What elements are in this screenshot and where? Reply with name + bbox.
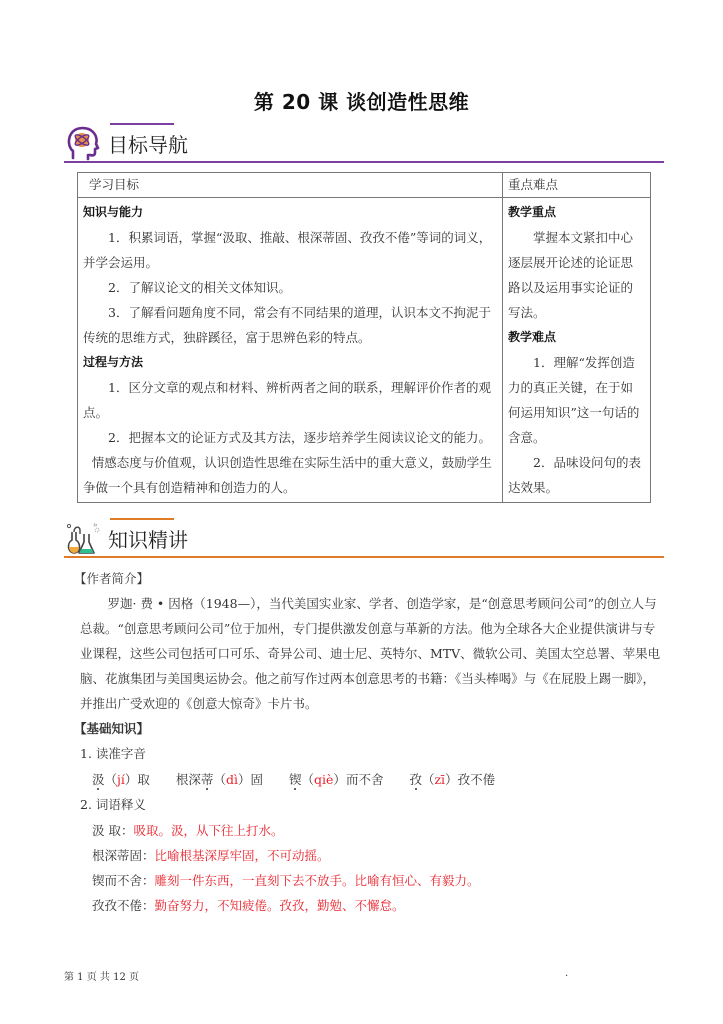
definition-meaning: 雕刻一件东西，一直刻下去不放手。比喻有恒心、有毅力。 — [155, 873, 480, 888]
page-title: 第 20 课 谈创造性思维 — [0, 86, 723, 115]
section-top-rule — [110, 123, 174, 125]
definitions-heading-text: 2. 词语释义 — [80, 797, 146, 812]
definition-meaning: 吸取。汲，从下往上打水。 — [133, 823, 283, 838]
goal-item: 2．把握本文的论证方式及其方法，逐步培养学生阅读议论文的能力。 — [83, 425, 497, 450]
pinyin: zī — [434, 772, 445, 787]
author-intro: 罗迦· 费 • 因格（1948—），当代美国实业家、学者、创造学家，是“创意思考… — [80, 591, 664, 716]
section-header-knowledge: 知识精讲 — [64, 516, 664, 558]
goal-item: 1．积累词语，掌握“汲取、推敲、根深蒂固、孜孜不倦”等词的词义，并学会运用。 — [83, 225, 497, 275]
target-char: 汲 — [92, 772, 105, 787]
table-body-row: 知识与能力 1．积累词语，掌握“汲取、推敲、根深蒂固、孜孜不倦”等词的词义，并学… — [78, 198, 651, 503]
goal-item: 1．区分文章的观点和材料、辨析两者之间的联系，理解评价作者的观点。 — [83, 375, 497, 425]
header-key-points: 重点难点 — [503, 173, 651, 198]
key-difficult-cell: 教学重点 掌握本文紧扣中心逐层展开论述的论证思路以及运用事实论证的写法。 教学难… — [503, 198, 651, 503]
text-after: 取 — [137, 772, 150, 787]
pronunciation-heading: 1. 读准字音 — [80, 741, 665, 766]
author-text: 罗迦· 费 • 因格（1948—），当代美国实业家、学者、创造学家，是“创意思考… — [80, 591, 664, 716]
process-method-heading: 过程与方法 — [83, 350, 497, 375]
pinyin: jí — [117, 772, 125, 787]
table-header-row: 学习目标 重点难点 — [78, 173, 651, 198]
key-points-heading: 教学重点 — [508, 200, 645, 225]
difficult-item: 1．理解“发挥创造力的真正关键，在于如何运用知识”这一句话的含意。 — [508, 350, 645, 450]
learning-goals-cell: 知识与能力 1．积累词语，掌握“汲取、推敲、根深蒂固、孜孜不倦”等词的词义，并学… — [78, 198, 503, 503]
definition-item: 锲而不舍：雕刻一件东西，一直刻下去不放手。比喻有恒心、有毅力。 — [92, 868, 652, 893]
difficult-points-heading: 教学难点 — [508, 325, 645, 350]
section-bottom-rule — [64, 556, 664, 558]
goal-item: 3．了解看问题角度不同，常会有不同结果的道理，认识本文不拘泥于传统的思维方式，独… — [83, 300, 497, 350]
footer-dot: . — [565, 968, 568, 979]
target-char: 孜 — [409, 772, 422, 787]
author-heading: 【作者简介】 — [74, 566, 659, 591]
definition-term: 锲而不舍： — [92, 873, 155, 888]
pronunciation-item: 根深蒂（dì）固 — [176, 772, 267, 787]
pronunciation-list: 汲（jí）取 根深蒂（dì）固 锲（qiè）而不舍 孜（zī）孜不倦 — [92, 767, 652, 792]
text-before: 根深 — [176, 772, 201, 787]
author-heading-text: 【作者简介】 — [74, 571, 149, 586]
definition-term: 汲 取： — [92, 823, 133, 838]
definition-item: 汲 取：吸取。汲，从下往上打水。 — [92, 818, 652, 843]
definitions-list: 汲 取：吸取。汲，从下往上打水。 根深蒂固：比喻根基深厚牢固，不可动摇。 锲而不… — [92, 818, 652, 918]
section-bottom-rule — [64, 161, 664, 163]
text-after: 而不舍 — [346, 772, 384, 787]
section-header-goals-nav: 目标导航 — [64, 121, 664, 163]
header-label: 重点难点 — [508, 177, 558, 192]
header-label: 学习目标 — [83, 177, 139, 192]
definition-item: 孜孜不倦：勤奋努力，不知疲倦。孜孜，勤勉、不懈怠。 — [92, 893, 652, 918]
goal-item: 2．了解议论文的相关文体知识。 — [83, 275, 497, 300]
section-title: 知识精讲 — [108, 524, 188, 553]
knowledge-ability-heading: 知识与能力 — [83, 200, 497, 225]
definition-item: 根深蒂固：比喻根基深厚牢固，不可动摇。 — [92, 843, 652, 868]
pronunciation-heading-text: 1. 读准字音 — [80, 746, 146, 761]
definition-term: 根深蒂固： — [92, 848, 155, 863]
flask-icon — [66, 520, 100, 556]
section-top-rule — [110, 518, 174, 520]
text-after: 固 — [250, 772, 263, 787]
definition-meaning: 比喻根基深厚牢固，不可动摇。 — [155, 848, 330, 863]
pinyin: qiè — [314, 772, 333, 787]
attitude-text: 情感态度与价值观，认识创造性思维在实际生活中的重大意义，鼓励学生争做一个具有创造… — [83, 450, 497, 500]
pinyin: dì — [226, 772, 238, 787]
page-number: 第 1 页 共 12 页 — [64, 968, 139, 983]
section-title: 目标导航 — [108, 129, 188, 158]
text-after: 孜不倦 — [458, 772, 496, 787]
header-learning-goals: 学习目标 — [78, 173, 503, 198]
goals-table: 学习目标 重点难点 知识与能力 1．积累词语，掌握“汲取、推敲、根深蒂固、孜孜不… — [77, 172, 651, 503]
difficult-item: 2．品味设问句的表达效果。 — [508, 450, 645, 500]
pronunciation-item: 汲（jí）取 — [92, 772, 154, 787]
definition-meaning: 勤奋努力，不知疲倦。孜孜，勤勉、不懈怠。 — [155, 898, 405, 913]
definitions-heading: 2. 词语释义 — [80, 792, 665, 817]
basics-heading: 【基础知识】 — [74, 716, 659, 741]
head-brain-icon — [66, 125, 100, 161]
pronunciation-item: 孜（zī）孜不倦 — [409, 772, 495, 787]
basics-heading-text: 【基础知识】 — [74, 721, 149, 736]
target-char: 蒂 — [201, 772, 214, 787]
key-points-text: 掌握本文紧扣中心逐层展开论述的论证思路以及运用事实论证的写法。 — [508, 225, 645, 325]
target-char: 锲 — [289, 772, 302, 787]
pronunciation-item: 锲（qiè）而不舍 — [289, 772, 387, 787]
definition-term: 孜孜不倦： — [92, 898, 155, 913]
